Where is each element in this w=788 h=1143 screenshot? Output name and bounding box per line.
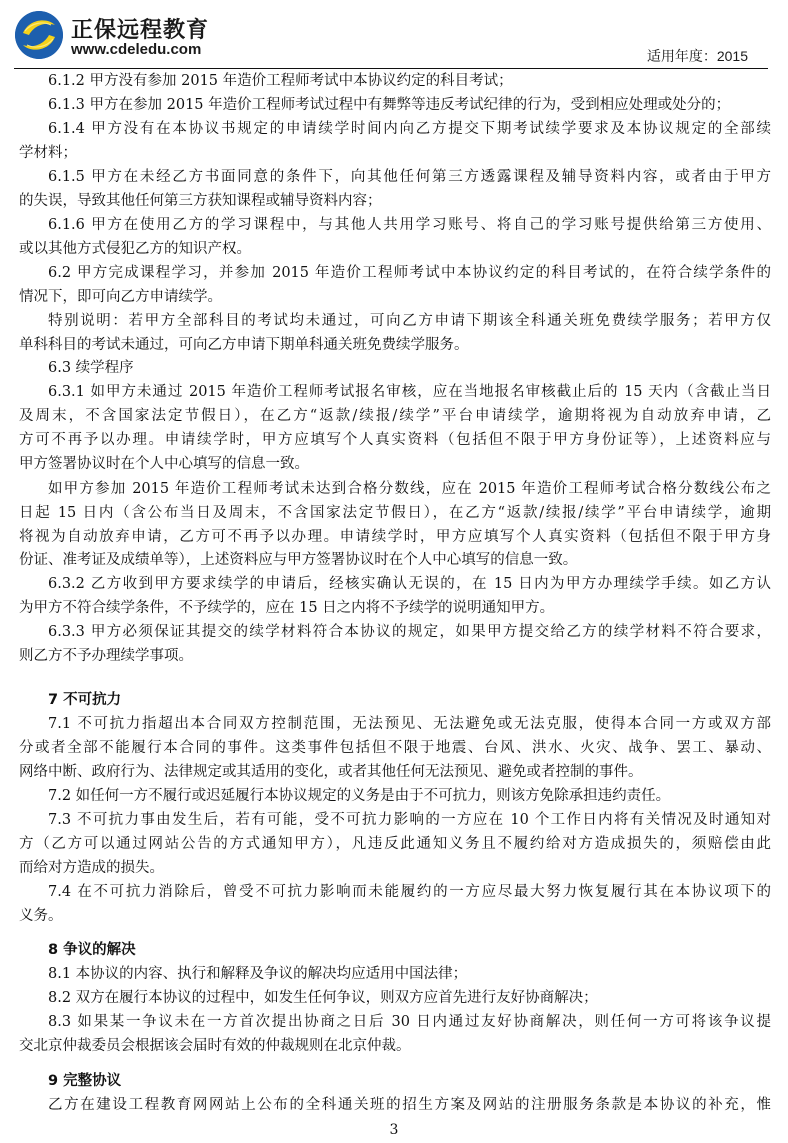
paragraph-line: 6.3 续学程序 (48, 357, 771, 379)
paragraph-line: 8.2 双方在履行本协议的过程中，如发生任何争议，则双方应首先进行友好协商解决； (48, 987, 771, 1009)
paragraph-line: 而给对方造成的损失。 (19, 857, 771, 879)
paragraph-line: 将视为自动放弃申请，乙方可不再予以办理。申请续学时，甲方应填写个人真实资料（包括… (19, 526, 771, 548)
swoosh-icon (15, 11, 63, 59)
paragraph-line: 义务。 (19, 905, 771, 927)
paragraph-line: 乙方在建设工程教育网网站上公布的全科通关班的招生方案及网站的注册服务条款是本协议… (48, 1094, 771, 1116)
paragraph-line: 单科科目的考试未通过，可向乙方申请下期单科通关班免费续学服务。 (19, 334, 771, 356)
section-heading: 7 不可抗力 (48, 689, 771, 711)
paragraph-line: 交北京仲裁委员会根据该会届时有效的仲裁规则在北京仲裁。 (19, 1035, 771, 1057)
paragraph-line: 6.1.2 甲方没有参加 2015 年造价工程师考试中本协议约定的科目考试； (48, 70, 771, 92)
paragraph-line: 份证、准考证及成绩单等），上述资料应与甲方签署协议时在个人中心填写的信息一致。 (19, 549, 771, 571)
paragraph-line: 7.2 如任何一方不履行或迟延履行本协议规定的义务是由于不可抗力，则该方免除承担… (48, 785, 771, 807)
paragraph-line: 方可不再予以办理。申请续学时，甲方应填写个人真实资料（包括但不限于甲方身份证等）… (19, 429, 771, 451)
paragraph-line: 学材料； (19, 142, 771, 164)
paragraph-line: 8.1 本协议的内容、执行和解释及争议的解决均应适用中国法律； (48, 963, 771, 985)
paragraph-line: 6.3.2 乙方收到甲方要求续学的申请后，经核实确认无误的，在 15 日内为甲方… (48, 573, 771, 595)
paragraph-line: 方（乙方可以通过网站公告的方式通知甲方），凡违反此通知义务且不履约给对方造成损失… (19, 833, 771, 855)
paragraph-line: 网络中断、政府行为、法律规定或其适用的变化，或者其他任何无法预见、避免或者控制的… (19, 761, 771, 783)
paragraph-line: 为甲方不符合续学条件，不予续学的，应在 15 日之内将不予续学的说明通知甲方。 (19, 597, 771, 619)
paragraph-line: 6.1.3 甲方在参加 2015 年造价工程师考试过程中有舞弊等违反考试纪律的行… (48, 94, 771, 116)
paragraph-line: 7.4 在不可抗力消除后，曾受不可抗力影响而未能履约的一方应尽最大努力恢复履行其… (48, 881, 771, 903)
paragraph-line: 日起 15 日内（含公布当日及周末，不含国家法定节假日），在乙方“返款/续报/续… (19, 502, 771, 524)
paragraph-line: 6.3.3 甲方必须保证其提交的续学材料符合本协议的规定，如果甲方提交给乙方的续… (48, 621, 771, 643)
page-header: 正保远程教育 www.cdeledu.com 适用年度：2015 (0, 0, 788, 69)
paragraph-line: 或以其他方式侵犯乙方的知识产权。 (19, 238, 771, 260)
section-heading: 8 争议的解决 (48, 939, 771, 961)
paragraph-line: 情况下，即可向乙方申请续学。 (19, 286, 771, 308)
paragraph-line: 6.2 甲方完成课程学习，并参加 2015 年造价工程师考试中本协议约定的科目考… (48, 262, 771, 284)
paragraph-line: 分或者全部不能履行本合同的事件。这类事件包括但不限于地震、台风、洪水、火灾、战争… (19, 737, 771, 759)
applicable-year: 适用年度：2015 (647, 46, 748, 66)
paragraph-line: 则乙方不予办理续学事项。 (19, 645, 771, 667)
header-divider (14, 68, 768, 69)
paragraph-line: 甲方签署协议时在个人中心填写的信息一致。 (19, 453, 771, 475)
paragraph-line: 6.3.1 如甲方未通过 2015 年造价工程师考试报名审核，应在当地报名审核截… (48, 381, 771, 403)
paragraph-line: 及周末，不含国家法定节假日），在乙方“返款/续报/续学”平台申请续学，逾期将视为… (19, 405, 771, 427)
paragraph-line: 6.1.6 甲方在使用乙方的学习课程中，与其他人共用学习账号、将自己的学习账号提… (48, 214, 771, 236)
brand-name: 正保远程教育 (71, 13, 209, 44)
paragraph-line: 6.1.5 甲方在未经乙方书面同意的条件下，向其他任何第三方透露课程及辅导资料内… (48, 166, 771, 188)
paragraph-line: 6.1.4 甲方没有在本协议书规定的申请续学时间内向乙方提交下期考试续学要求及本… (48, 118, 771, 140)
paragraph-line: 8.3 如果某一争议未在一方首次提出协商之日后 30 日内通过友好协商解决，则任… (48, 1011, 771, 1033)
paragraph-line: 7.1 不可抗力指超出本合同双方控制范围，无法预见、无法避免或无法克服，使得本合… (48, 713, 771, 735)
paragraph-line: 如甲方参加 2015 年造价工程师考试未达到合格分数线，应在 2015 年造价工… (48, 478, 771, 500)
paragraph-line: 特别说明：若甲方全部科目的考试均未通过，可向乙方申请下期该全科通关班免费续学服务… (48, 310, 771, 332)
paragraph-line: 的失误，导致其他任何第三方获知课程或辅导资料内容； (19, 190, 771, 212)
paragraph-line: 7.3 不可抗力事由发生后，若有可能，受不可抗力影响的一方应在 10 个工作日内… (48, 809, 771, 831)
brand-url: www.cdeledu.com (71, 41, 201, 58)
page-number: 3 (0, 1122, 788, 1138)
section-heading: 9 完整协议 (48, 1070, 771, 1092)
brand-logo-icon (15, 11, 63, 59)
